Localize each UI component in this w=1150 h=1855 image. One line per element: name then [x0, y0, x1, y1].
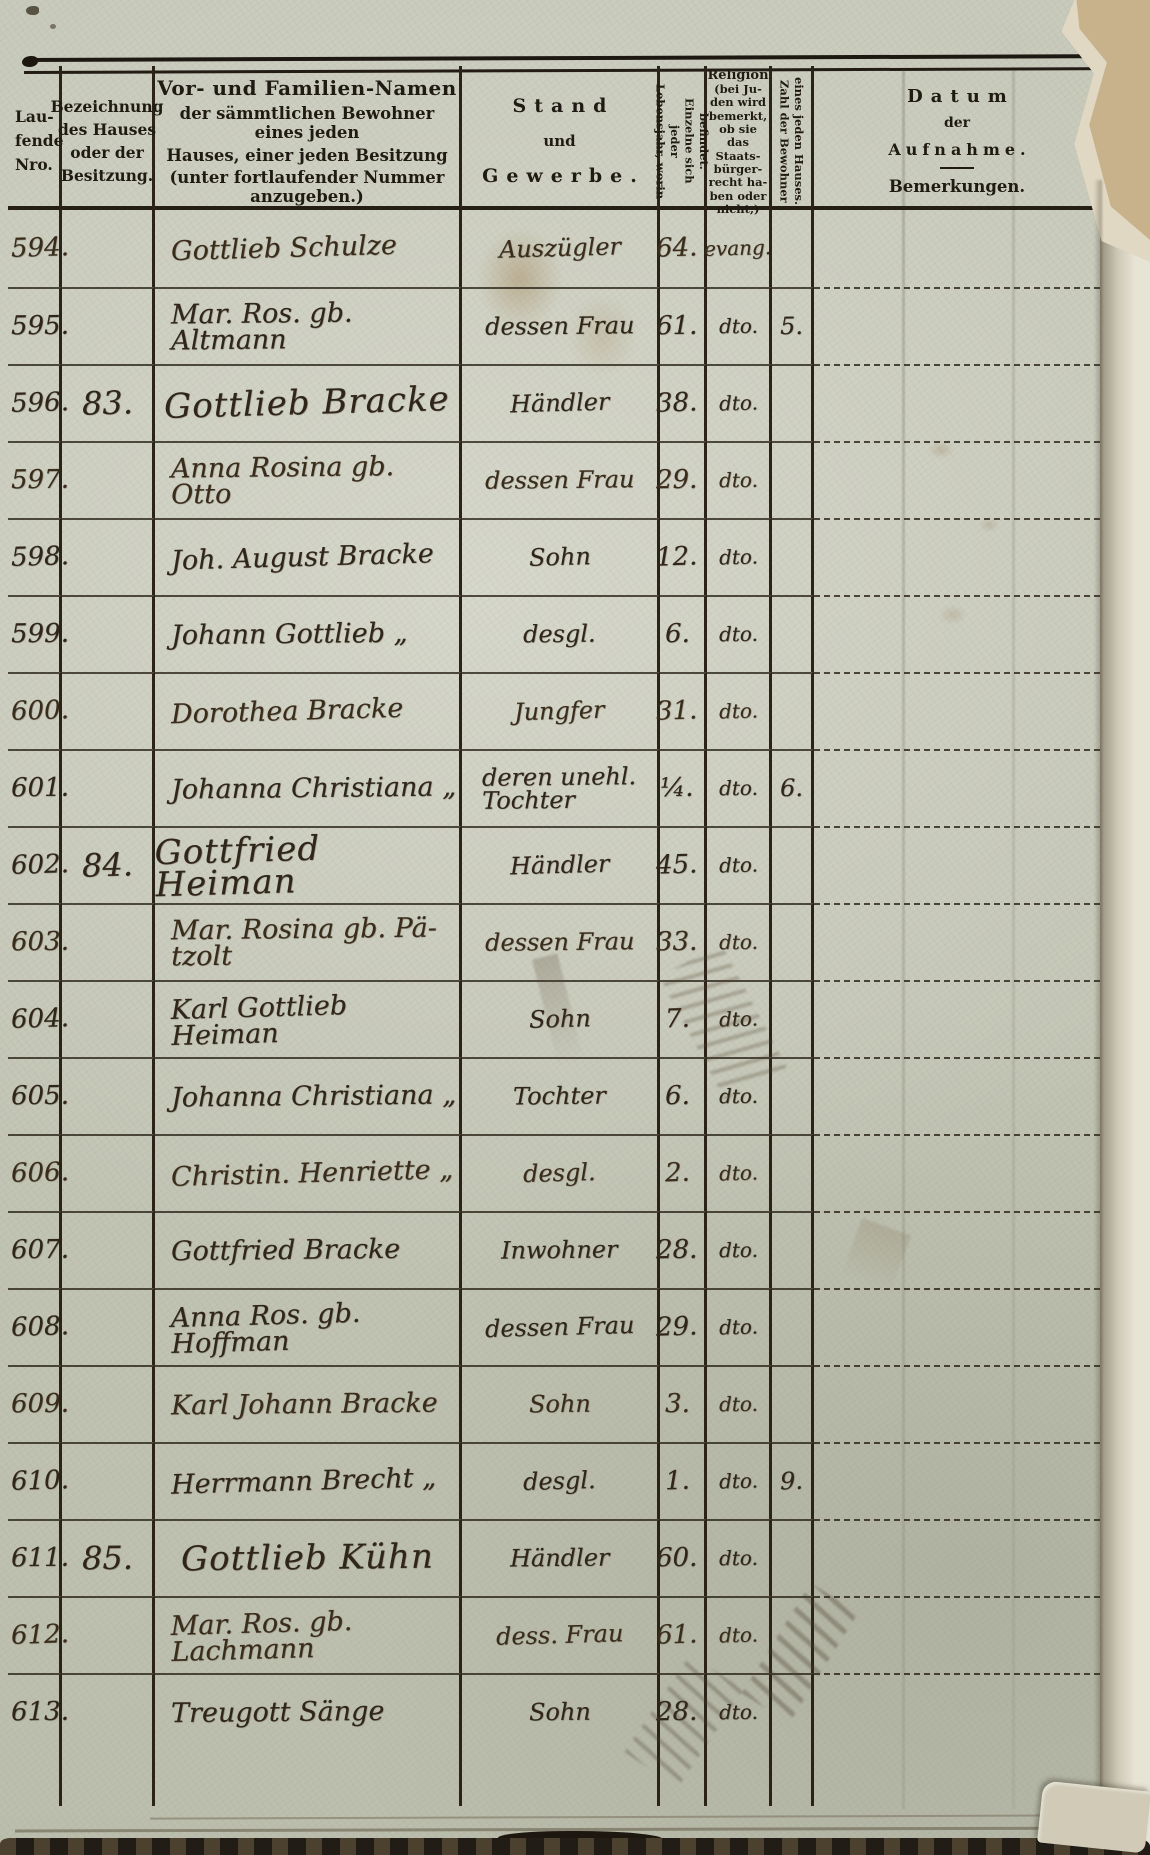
lebensjahr-value: 3.: [664, 1392, 689, 1417]
cell-datum-bemerkungen: [814, 1288, 1100, 1365]
cell-datum-bemerkungen: [814, 826, 1100, 903]
cell-haus-nr: [62, 1673, 155, 1750]
stand-value: deren unehl. Tochter: [482, 765, 637, 812]
cell-lebensjahr: 2.: [660, 1134, 707, 1211]
cell-name: Mar. Ros. gb. Altmann: [155, 287, 462, 364]
cell-religion: dto.: [707, 1211, 772, 1288]
laufende-nro-value: 603.: [11, 930, 69, 955]
cell-stand-gewerbe: dessen Frau: [462, 903, 660, 980]
cell-haus-nr: 84.: [62, 826, 155, 903]
name-value: Anna Rosina gb. Otto: [171, 453, 460, 507]
stand-value: Händler: [509, 391, 609, 417]
cell-haus-nr: [62, 749, 155, 826]
name-value: Gottlieb Bracke: [164, 383, 450, 423]
cell-lebensjahr: 28.: [660, 1673, 707, 1750]
cell-lebensjahr: 61.: [660, 1596, 707, 1673]
cell-religion: dto.: [707, 287, 772, 364]
cell-datum-bemerkungen: [814, 287, 1100, 364]
name-value: Gottlieb Schulze: [171, 233, 398, 265]
cell-empty: [8, 1750, 62, 1806]
cell-lebensjahr: 61.: [660, 287, 707, 364]
cell-laufende-nro: 600.: [8, 672, 62, 749]
cell-lebensjahr: 45.: [660, 826, 707, 903]
stand-value: dessen Frau: [485, 1314, 635, 1341]
cell-lebensjahr: 12.: [660, 518, 707, 595]
cell-name: Gottfried Heiman: [155, 826, 462, 903]
religion-value: dto.: [718, 1703, 757, 1722]
cell-haus-nr: [62, 1596, 155, 1673]
table-row: 602. 84. Gottfried Heiman Händler 45. dt…: [8, 826, 1100, 903]
cell-religion: dto.: [707, 1673, 772, 1750]
cell-zahl-bewohner: [772, 595, 814, 672]
religion-value: dto.: [718, 1317, 757, 1337]
table-row: 603. Mar. Rosina gb. Pä- tzolt dessen Fr…: [8, 903, 1100, 980]
cell-laufende-nro: 595.: [8, 287, 62, 364]
cell-name: Treugott Sänge: [155, 1673, 462, 1750]
cell-stand-gewerbe: desgl.: [462, 595, 660, 672]
stand-value: dess. Frau: [496, 1622, 624, 1648]
cell-lebensjahr: 1.: [660, 1442, 707, 1519]
lebensjahr-value: 29.: [656, 468, 698, 493]
namen-title: Vor- und Familien-Namen: [157, 76, 457, 100]
col-header-bezeichnung: Bezeichnung des Hauses oder der Besitzun…: [62, 66, 155, 216]
religion-value: dto.: [718, 1625, 757, 1645]
cell-laufende-nro: 607.: [8, 1211, 62, 1288]
cell-name: Mar. Ros. gb. Lachmann: [155, 1596, 462, 1673]
cell-laufende-nro: 605.: [8, 1057, 62, 1134]
cell-datum-bemerkungen: [814, 364, 1100, 441]
name-value: Mar. Ros. gb. Altmann: [171, 299, 460, 353]
cell-religion: dto.: [707, 1288, 772, 1365]
stand-value: Händler: [510, 1547, 610, 1571]
cell-haus-nr: [62, 672, 155, 749]
stand-line1: Stand: [505, 95, 615, 117]
stand-value: Tochter: [513, 1085, 606, 1109]
lebensjahr-value: 28.: [656, 1700, 698, 1725]
cell-name: Karl Johann Bracke: [155, 1365, 462, 1442]
religion-value: dto.: [718, 1009, 757, 1029]
cell-religion: dto.: [707, 1519, 772, 1596]
stand-line2: und: [543, 132, 575, 150]
cell-zahl-bewohner: [772, 826, 814, 903]
religion-value: dto.: [718, 933, 757, 952]
cell-datum-bemerkungen: [814, 595, 1100, 672]
cell-stand-gewerbe: desgl.: [462, 1134, 660, 1211]
col-header-namen: Vor- und Familien-Namen der sämmtlichen …: [155, 66, 462, 216]
cell-religion: evang.: [707, 210, 772, 287]
cell-laufende-nro: 602.: [8, 826, 62, 903]
lebensjahr-value: 2.: [664, 1161, 689, 1186]
cell-lebensjahr: 64.: [660, 210, 707, 287]
cell-empty: [62, 1750, 155, 1806]
lebensjahr-value: 29.: [656, 1315, 698, 1341]
cell-empty: [772, 1750, 814, 1806]
cell-stand-gewerbe: dessen Frau: [462, 1288, 660, 1365]
cell-name: Joh. August Bracke: [155, 518, 462, 595]
cell-stand-gewerbe: dessen Frau: [462, 441, 660, 518]
datum-line1: Datum: [899, 86, 1015, 107]
cell-name: Anna Ros. gb. Hoffman: [155, 1288, 462, 1365]
cell-empty: [707, 1750, 772, 1806]
cell-lebensjahr: 38.: [660, 364, 707, 441]
cell-religion: dto.: [707, 1596, 772, 1673]
table-row: 600. Dorothea Bracke Jungfer 31. dto.: [8, 672, 1100, 749]
page-corner-fold: [1037, 1781, 1150, 1854]
cell-lebensjahr: 60.: [660, 1519, 707, 1596]
cell-lebensjahr: 33.: [660, 903, 707, 980]
lebensjahr-value: 61.: [656, 314, 698, 339]
cell-lebensjahr: 31.: [660, 672, 707, 749]
table-row: 613. Treugott Sänge Sohn 28. dto.: [8, 1673, 1100, 1750]
cell-laufende-nro: 609.: [8, 1365, 62, 1442]
lebensjahr-value: 60.: [656, 1546, 698, 1571]
cell-zahl-bewohner: [772, 1519, 814, 1596]
cell-name: Gottlieb Schulze: [155, 210, 462, 287]
scan-right-margin: [1100, 0, 1150, 1855]
laufende-nro-value: 598.: [11, 544, 70, 570]
name-value: Johann Gottlieb „: [171, 620, 408, 648]
stand-value: Sohn: [528, 1007, 590, 1032]
cell-religion: dto.: [707, 595, 772, 672]
cell-religion: dto.: [707, 903, 772, 980]
cell-zahl-bewohner: [772, 518, 814, 595]
cell-religion: dto.: [707, 826, 772, 903]
cell-stand-gewerbe: dessen Frau: [462, 287, 660, 364]
cell-haus-nr: 83.: [62, 364, 155, 441]
cell-zahl-bewohner: [772, 1596, 814, 1673]
cell-stand-gewerbe: dess. Frau: [462, 1596, 660, 1673]
table-row: 598. Joh. August Bracke Sohn 12. dto.: [8, 518, 1100, 595]
cell-religion: dto.: [707, 672, 772, 749]
laufende-nro-value: 597.: [11, 468, 69, 493]
table-row: 604. Karl Gottlieb Heiman Sohn 7. dto.: [8, 980, 1100, 1057]
zahl-label: Zahl der Bewohner eines jeden Hauses.: [777, 74, 806, 208]
cell-laufende-nro: 598.: [8, 518, 62, 595]
cell-stand-gewerbe: Händler: [462, 1519, 660, 1596]
laufende-nro-value: 601.: [11, 776, 69, 801]
cell-lebensjahr: 29.: [660, 1288, 707, 1365]
col-header-datum-bemerkungen: Datum der Aufnahme. Bemerkungen.: [814, 66, 1100, 216]
cell-laufende-nro: 613.: [8, 1673, 62, 1750]
religion-value: dto.: [718, 393, 757, 413]
cell-haus-nr: [62, 903, 155, 980]
table-row: 608. Anna Ros. gb. Hoffman dessen Frau 2…: [8, 1288, 1100, 1365]
stand-value: Auszügler: [498, 235, 621, 261]
name-value: Christin. Henriette „: [171, 1157, 454, 1191]
cell-zahl-bewohner: 5.: [772, 287, 814, 364]
cell-name: Gottlieb Kühn: [155, 1519, 462, 1596]
stand-value: Sohn: [528, 1701, 590, 1724]
cell-laufende-nro: 594.: [8, 210, 62, 287]
cell-stand-gewerbe: Jungfer: [462, 672, 660, 749]
religion-value: dto.: [718, 701, 757, 721]
laufende-nro-value: 595.: [11, 314, 69, 339]
table-row: 596. 83. Gottlieb Bracke Händler 38. dto…: [8, 364, 1100, 441]
haus-nr-value: 84.: [81, 850, 133, 882]
lebensjahr-value: 64.: [656, 236, 698, 262]
lebensjahr-value: 31.: [656, 699, 698, 725]
cell-religion: dto.: [707, 980, 772, 1057]
stand-value: Sohn: [528, 545, 590, 570]
cell-laufende-nro: 604.: [8, 980, 62, 1057]
religion-title: Religion: [707, 68, 768, 83]
cell-datum-bemerkungen: [814, 980, 1100, 1057]
stand-value: dessen Frau: [485, 930, 635, 954]
name-value: Anna Ros. gb. Hoffman: [170, 1298, 459, 1357]
cell-laufende-nro: 601.: [8, 749, 62, 826]
cell-religion: dto.: [707, 518, 772, 595]
stand-value: Sohn: [528, 1393, 590, 1416]
name-value: Johanna Christiana „: [171, 1082, 456, 1111]
name-value: Johanna Christiana „: [171, 774, 456, 803]
cell-stand-gewerbe: deren unehl. Tochter: [462, 749, 660, 826]
cell-name: Gottfried Bracke: [155, 1211, 462, 1288]
cell-stand-gewerbe: Sohn: [462, 980, 660, 1057]
cell-haus-nr: [62, 210, 155, 287]
name-value: Dorothea Bracke: [171, 695, 404, 727]
haus-nr-value: 85.: [81, 1543, 132, 1574]
cell-stand-gewerbe: Sohn: [462, 518, 660, 595]
ink-speck: [26, 6, 39, 15]
table-body: 594. Gottlieb Schulze Auszügler 64. evan…: [8, 210, 1100, 1750]
cell-stand-gewerbe: Händler: [462, 826, 660, 903]
stand-value: Inwohner: [501, 1238, 618, 1262]
cell-stand-gewerbe: Sohn: [462, 1673, 660, 1750]
lebensjahr-value: 6.: [664, 1084, 689, 1109]
cell-lebensjahr: 7.: [660, 980, 707, 1057]
laufende-nro-value: 602.: [11, 852, 70, 878]
religion-value: dto.: [718, 1471, 757, 1491]
cell-stand-gewerbe: Sohn: [462, 1365, 660, 1442]
table-row: 601. Johanna Christiana „ deren unehl. T…: [8, 749, 1100, 826]
cell-name: Gottlieb Bracke: [155, 364, 462, 441]
cell-laufende-nro: 610.: [8, 1442, 62, 1519]
cell-datum-bemerkungen: [814, 1519, 1100, 1596]
lebensjahr-value: ¼.: [660, 776, 694, 801]
cell-haus-nr: [62, 595, 155, 672]
name-value: Joh. August Bracke: [171, 541, 434, 574]
cell-laufende-nro: 612.: [8, 1596, 62, 1673]
zahl-bewohner-value: 9.: [780, 1470, 804, 1493]
religion-value: dto.: [718, 317, 757, 336]
stand-value: dessen Frau: [485, 468, 635, 492]
cell-religion: dto.: [707, 1057, 772, 1134]
cell-laufende-nro: 599.: [8, 595, 62, 672]
zahl-bewohner-value: 5.: [780, 315, 803, 338]
cell-name: Johann Gottlieb „: [155, 595, 462, 672]
separator-dash: [940, 167, 974, 169]
cell-zahl-bewohner: [772, 210, 814, 287]
cell-laufende-nro: 597.: [8, 441, 62, 518]
cell-laufende-nro: 596.: [8, 364, 62, 441]
lebensjahr-value: 61.: [656, 1623, 698, 1649]
name-value: Mar. Rosina gb. Pä- tzolt: [171, 915, 437, 969]
table-row: 607. Gottfried Bracke Inwohner 28. dto.: [8, 1211, 1100, 1288]
cell-zahl-bewohner: [772, 1057, 814, 1134]
name-value: Mar. Ros. gb. Lachmann: [170, 1606, 459, 1665]
cell-haus-nr: [62, 1288, 155, 1365]
table-row: 605. Johanna Christiana „ Tochter 6. dto…: [8, 1057, 1100, 1134]
laufende-nro-value: 609.: [11, 1392, 69, 1417]
zahl-bewohner-value: 6.: [780, 777, 803, 800]
ink-speck: [50, 24, 56, 29]
cell-name: Christin. Henriette „: [155, 1134, 462, 1211]
cell-zahl-bewohner: [772, 441, 814, 518]
stand-value: Händler: [509, 853, 609, 879]
name-value: Treugott Sänge: [171, 1699, 385, 1727]
cell-zahl-bewohner: [772, 980, 814, 1057]
cell-zahl-bewohner: 6.: [772, 749, 814, 826]
col-header-religion: Religion (bei Ju- den wird bemerkt, ob s…: [707, 66, 772, 216]
name-value: Gottfried Heiman: [154, 829, 460, 902]
cell-haus-nr: [62, 1365, 155, 1442]
name-value: Herrmann Brecht „: [171, 1465, 437, 1498]
laufende-nro-value: 605.: [11, 1084, 69, 1109]
cell-haus-nr: [62, 1211, 155, 1288]
laufende-nro-value: 604.: [11, 1006, 70, 1032]
cell-haus-nr: 85.: [62, 1519, 155, 1596]
lebensjahr-label: Lebensjahr, worin jeder Einzelne sich be…: [653, 74, 711, 208]
cell-zahl-bewohner: [772, 364, 814, 441]
datum-line4: Bemerkungen.: [889, 177, 1025, 196]
religion-value: dto.: [718, 1395, 757, 1414]
haus-nr-value: 83.: [81, 388, 133, 420]
name-value: Gottlieb Kühn: [180, 1541, 433, 1576]
cell-lebensjahr: 3.: [660, 1365, 707, 1442]
namen-sub1: der sämmtlichen Bewohner eines jeden: [157, 104, 457, 142]
cell-religion: dto.: [707, 1134, 772, 1211]
cell-religion: dto.: [707, 1365, 772, 1442]
cell-laufende-nro: 611.: [8, 1519, 62, 1596]
religion-value: dto.: [718, 1549, 757, 1568]
stand-value: desgl.: [523, 1469, 596, 1494]
laufende-nro-value: 613.: [11, 1700, 69, 1725]
lebensjahr-value: 6.: [664, 622, 689, 647]
cell-name: Johanna Christiana „: [155, 749, 462, 826]
laufende-nro-value: 607.: [11, 1238, 69, 1263]
col-header-stand-gewerbe: Stand und Gewerbe.: [462, 66, 660, 216]
table-row: 597. Anna Rosina gb. Otto dessen Frau 29…: [8, 441, 1100, 518]
cell-religion: dto.: [707, 364, 772, 441]
cell-lebensjahr: 6.: [660, 1057, 707, 1134]
cell-stand-gewerbe: desgl.: [462, 1442, 660, 1519]
datum-line2: der: [944, 115, 970, 131]
religion-note: (bei Ju- den wird bemerkt, ob sie das St…: [707, 83, 769, 216]
table-row: 612. Mar. Ros. gb. Lachmann dess. Frau 6…: [8, 1596, 1100, 1673]
cell-stand-gewerbe: Tochter: [462, 1057, 660, 1134]
cell-name: Mar. Rosina gb. Pä- tzolt: [155, 903, 462, 980]
cell-religion: dto.: [707, 441, 772, 518]
table-row: 610. Herrmann Brecht „ desgl. 1. dto. 9.: [8, 1442, 1100, 1519]
cell-datum-bemerkungen: [814, 672, 1100, 749]
cell-haus-nr: [62, 1442, 155, 1519]
religion-value: dto.: [718, 779, 757, 798]
religion-value: dto.: [718, 855, 757, 875]
cell-laufende-nro: 606.: [8, 1134, 62, 1211]
cell-name: Johanna Christiana „: [155, 1057, 462, 1134]
namen-sub2: Hauses, einer jeden Besitzung: [166, 146, 447, 165]
religion-value: dto.: [718, 471, 757, 490]
namen-sub3: (unter fortlaufender Nummer anzugeben.): [157, 168, 457, 206]
col-header-bezeichnung-label: Bezeichnung des Hauses oder der Besitzun…: [51, 95, 164, 188]
religion-value: dto.: [718, 625, 757, 644]
laufende-nro-value: 606.: [11, 1160, 70, 1186]
cell-empty: [462, 1750, 660, 1806]
cell-stand-gewerbe: Inwohner: [462, 1211, 660, 1288]
laufende-nro-value: 610.: [11, 1468, 70, 1494]
lebensjahr-value: 45.: [656, 853, 698, 879]
stand-value: desgl.: [523, 1161, 596, 1186]
cell-zahl-bewohner: [772, 1365, 814, 1442]
cell-name: Anna Rosina gb. Otto: [155, 441, 462, 518]
cell-datum-bemerkungen: [814, 1442, 1100, 1519]
name-value: Karl Gottlieb Heiman: [170, 990, 459, 1049]
cell-datum-bemerkungen: [814, 1365, 1100, 1442]
table-row-spacer: [8, 1750, 1100, 1806]
cell-laufende-nro: 608.: [8, 1288, 62, 1365]
religion-value: dto.: [718, 547, 757, 567]
page-edge-shadow: [1094, 180, 1102, 1795]
cell-datum-bemerkungen: [814, 1134, 1100, 1211]
religion-value: evang.: [704, 238, 772, 259]
cell-zahl-bewohner: [772, 1673, 814, 1750]
lebensjahr-value: 28.: [656, 1238, 698, 1263]
cell-datum-bemerkungen: [814, 210, 1100, 287]
cell-haus-nr: [62, 1134, 155, 1211]
cell-zahl-bewohner: [772, 1134, 814, 1211]
datum-line3: Aufnahme.: [883, 140, 1030, 159]
laufende-nro-value: 608.: [11, 1314, 70, 1340]
table-row: 609. Karl Johann Bracke Sohn 3. dto.: [8, 1365, 1100, 1442]
cell-zahl-bewohner: [772, 1288, 814, 1365]
cell-lebensjahr: 29.: [660, 441, 707, 518]
laufende-nro-value: 596.: [11, 390, 70, 416]
cell-datum-bemerkungen: [814, 749, 1100, 826]
table-row: 595. Mar. Ros. gb. Altmann dessen Frau 6…: [8, 287, 1100, 364]
table-header: Lau- fende Nro. Bezeichnung des Hauses o…: [8, 66, 1100, 210]
table-row: 606. Christin. Henriette „ desgl. 2. dto…: [8, 1134, 1100, 1211]
cell-haus-nr: [62, 441, 155, 518]
cell-lebensjahr: ¼.: [660, 749, 707, 826]
cell-lebensjahr: 28.: [660, 1211, 707, 1288]
cell-datum-bemerkungen: [814, 441, 1100, 518]
laufende-nro-value: 594.: [11, 235, 70, 261]
cell-religion: dto.: [707, 749, 772, 826]
lebensjahr-value: 12.: [656, 545, 698, 571]
cell-datum-bemerkungen: [814, 1211, 1100, 1288]
laufende-nro-value: 611.: [11, 1546, 69, 1571]
cell-lebensjahr: 6.: [660, 595, 707, 672]
cell-religion: dto.: [707, 1442, 772, 1519]
col-header-zahl-bewohner: Zahl der Bewohner eines jeden Hauses.: [772, 66, 814, 216]
stand-value: Jungfer: [514, 699, 605, 724]
stand-value: desgl.: [523, 623, 596, 647]
religion-value: dto.: [718, 1241, 757, 1260]
cell-haus-nr: [62, 980, 155, 1057]
lebensjahr-value: 1.: [664, 1469, 689, 1494]
cell-datum-bemerkungen: [814, 903, 1100, 980]
cell-datum-bemerkungen: [814, 1673, 1100, 1750]
cell-zahl-bewohner: 9.: [772, 1442, 814, 1519]
cell-stand-gewerbe: Händler: [462, 364, 660, 441]
religion-value: dto.: [718, 1163, 757, 1183]
lebensjahr-value: 38.: [656, 391, 698, 417]
col-header-lebensjahr: Lebensjahr, worin jeder Einzelne sich be…: [660, 66, 707, 216]
census-table: Lau- fende Nro. Bezeichnung des Hauses o…: [8, 66, 1100, 1806]
cell-stand-gewerbe: Auszügler: [462, 210, 660, 287]
name-value: Karl Johann Bracke: [171, 1390, 438, 1418]
cell-name: Herrmann Brecht „: [155, 1442, 462, 1519]
